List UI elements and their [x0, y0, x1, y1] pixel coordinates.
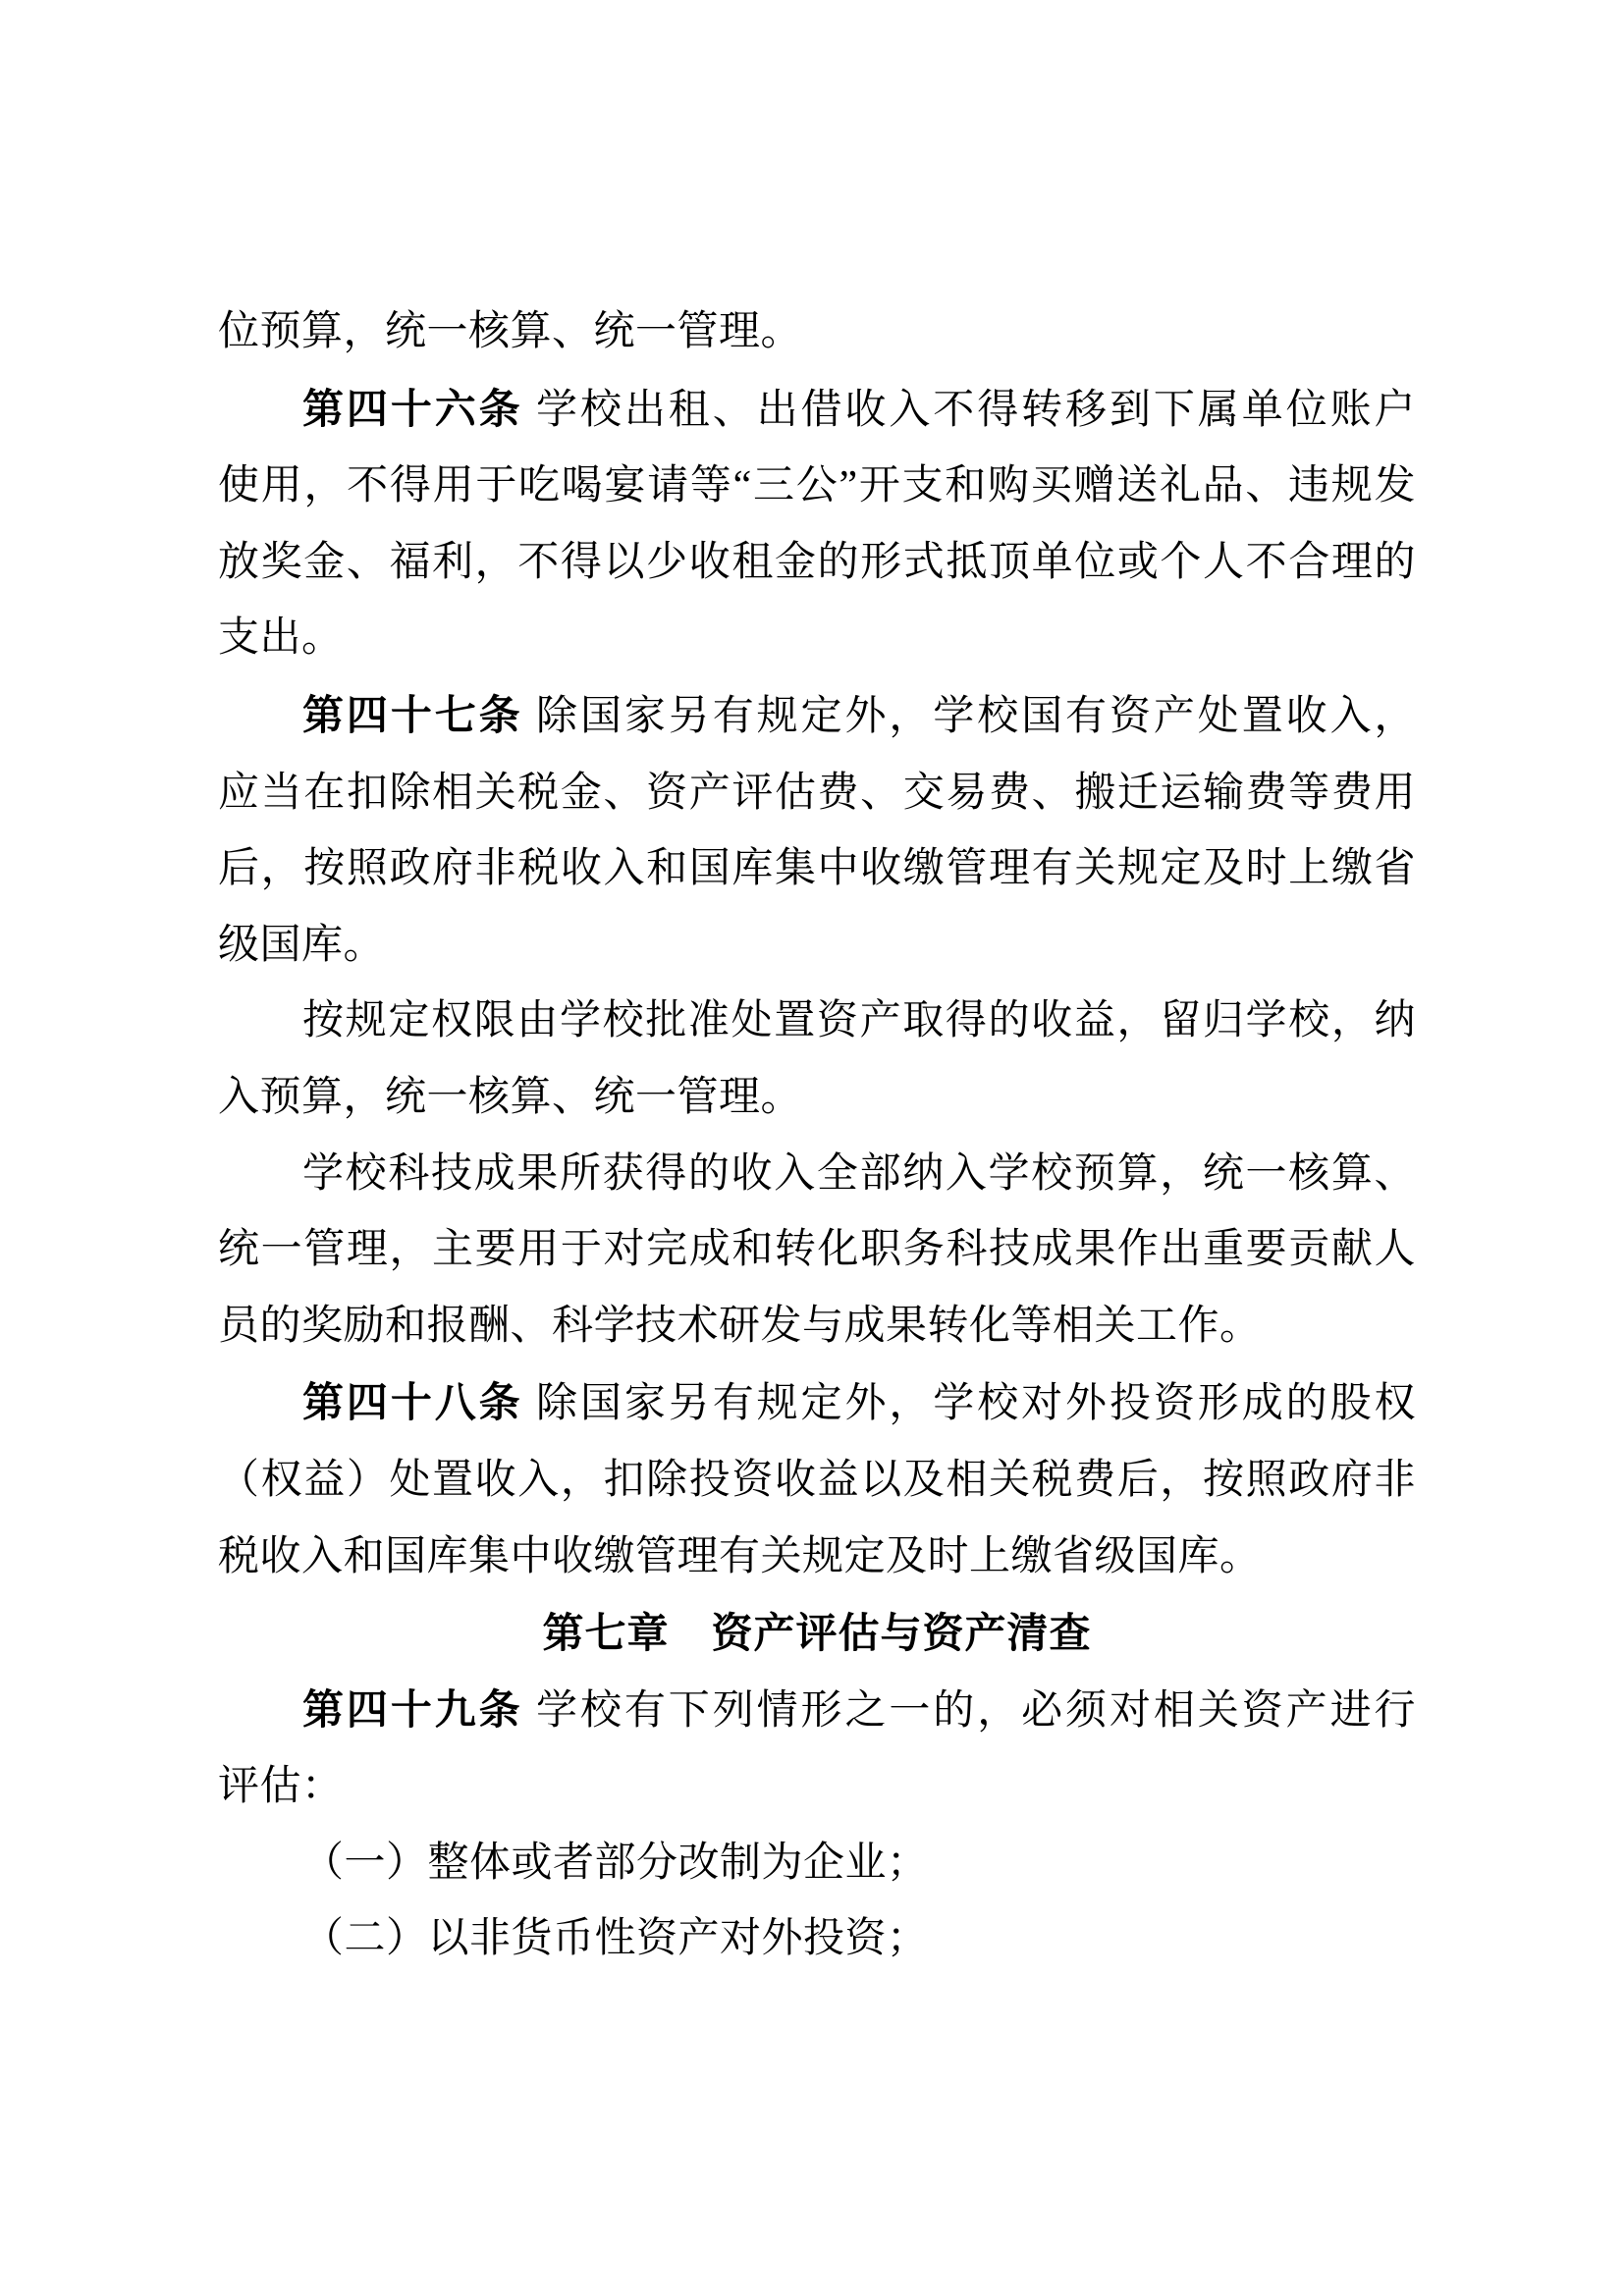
text-line: 员的奖励和报酬、科学技术研发与成果转化等相关工作。 — [218, 1289, 1416, 1365]
list-item: （一）整体或者部分改制为企业； — [218, 1826, 1416, 1902]
line-text: 除国家另有规定外，学校对外投资形成的股权 — [523, 1381, 1416, 1426]
line-text: 后，按照政府非税收入和国库集中收缴管理有关规定及时上缴省 — [218, 846, 1416, 891]
line-text: 统一管理，主要用于对完成和转化职务科技成果作出重要贡献人 — [218, 1227, 1416, 1272]
document-page: 位预算，统一核算、统一管理。 第四十六条 学校出租、出借收入不得转移到下属单位账… — [0, 0, 1624, 2296]
article-number: 第四十八条 — [302, 1379, 523, 1425]
text-line: 应当在扣除相关税金、资产评估费、交易费、搬迁运输费等费用 — [218, 756, 1416, 832]
text-line: 使用，不得用于吃喝宴请等“三公”开支和购买赠送礼品、违规发 — [218, 449, 1416, 525]
line-text: 税收入和国库集中收缴管理有关规定及时上缴省级国库。 — [218, 1534, 1262, 1579]
line-text: 位预算，统一核算、统一管理。 — [218, 309, 802, 354]
text-line: 学校科技成果所获得的收入全部纳入学校预算，统一核算、 — [218, 1137, 1416, 1213]
line-text: 入预算，统一核算、统一管理。 — [218, 1075, 802, 1120]
text-line: 第四十七条 除国家另有规定外，学校国有资产处置收入， — [218, 677, 1416, 756]
chapter-heading: 第七章 资产评估与资产清查 — [218, 1595, 1416, 1672]
line-text: 使用，不得用于吃喝宴请等“三公”开支和购买赠送礼品、违规发 — [218, 463, 1416, 508]
text-line: 入预算，统一核算、统一管理。 — [218, 1060, 1416, 1137]
line-text: （权益）处置收入，扣除投资收益以及相关税费后，按照政府非 — [218, 1458, 1416, 1503]
text-line: 支出。 — [218, 601, 1416, 677]
text-line: 税收入和国库集中收缴管理有关规定及时上缴省级国库。 — [218, 1520, 1416, 1596]
line-text: 按规定权限由学校批准处置资产取得的收益，留归学校，纳 — [302, 998, 1416, 1043]
line-text: 除国家另有规定外，学校国有资产处置收入， — [523, 694, 1416, 739]
line-text: 学校出租、出借收入不得转移到下属单位账户 — [523, 388, 1416, 433]
text-line: 第四十八条 除国家另有规定外，学校对外投资形成的股权 — [218, 1364, 1416, 1443]
article-number: 第四十六条 — [302, 386, 523, 432]
line-text: 评估： — [218, 1764, 344, 1809]
text-line: 评估： — [218, 1749, 1416, 1826]
document-text-block: 位预算，统一核算、统一管理。 第四十六条 学校出租、出借收入不得转移到下属单位账… — [218, 294, 1416, 1978]
text-line: 第四十九条 学校有下列情形之一的，必须对相关资产进行 — [218, 1672, 1416, 1750]
text-line: 按规定权限由学校批准处置资产取得的收益，留归学校，纳 — [218, 984, 1416, 1060]
line-text: （二）以非货币性资产对外投资； — [302, 1916, 929, 1961]
text-line: 后，按照政府非税收入和国库集中收缴管理有关规定及时上缴省 — [218, 831, 1416, 908]
line-text: 学校有下列情形之一的，必须对相关资产进行 — [523, 1688, 1416, 1734]
line-text: 员的奖励和报酬、科学技术研发与成果转化等相关工作。 — [218, 1304, 1262, 1349]
text-line: 第四十六条 学校出租、出借收入不得转移到下属单位账户 — [218, 371, 1416, 450]
text-line: 级国库。 — [218, 908, 1416, 985]
line-text: 学校科技成果所获得的收入全部纳入学校预算，统一核算、 — [302, 1151, 1416, 1197]
line-text: 放奖金、福利，不得以少收租金的形式抵顶单位或个人不合理的 — [218, 540, 1416, 585]
article-number: 第四十七条 — [302, 692, 523, 738]
line-text: 应当在扣除相关税金、资产评估费、交易费、搬迁运输费等费用 — [218, 771, 1416, 816]
text-line: （权益）处置收入，扣除投资收益以及相关税费后，按照政府非 — [218, 1443, 1416, 1520]
line-text: （一）整体或者部分改制为企业； — [302, 1841, 929, 1886]
list-item: （二）以非货币性资产对外投资； — [218, 1901, 1416, 1978]
article-number: 第四十九条 — [302, 1686, 523, 1733]
line-text: 支出。 — [218, 615, 344, 661]
line-text: 级国库。 — [218, 923, 385, 968]
text-line: 统一管理，主要用于对完成和转化职务科技成果作出重要贡献人 — [218, 1212, 1416, 1289]
text-line: 放奖金、福利，不得以少收租金的形式抵顶单位或个人不合理的 — [218, 525, 1416, 602]
text-line: 位预算，统一核算、统一管理。 — [218, 294, 1416, 371]
